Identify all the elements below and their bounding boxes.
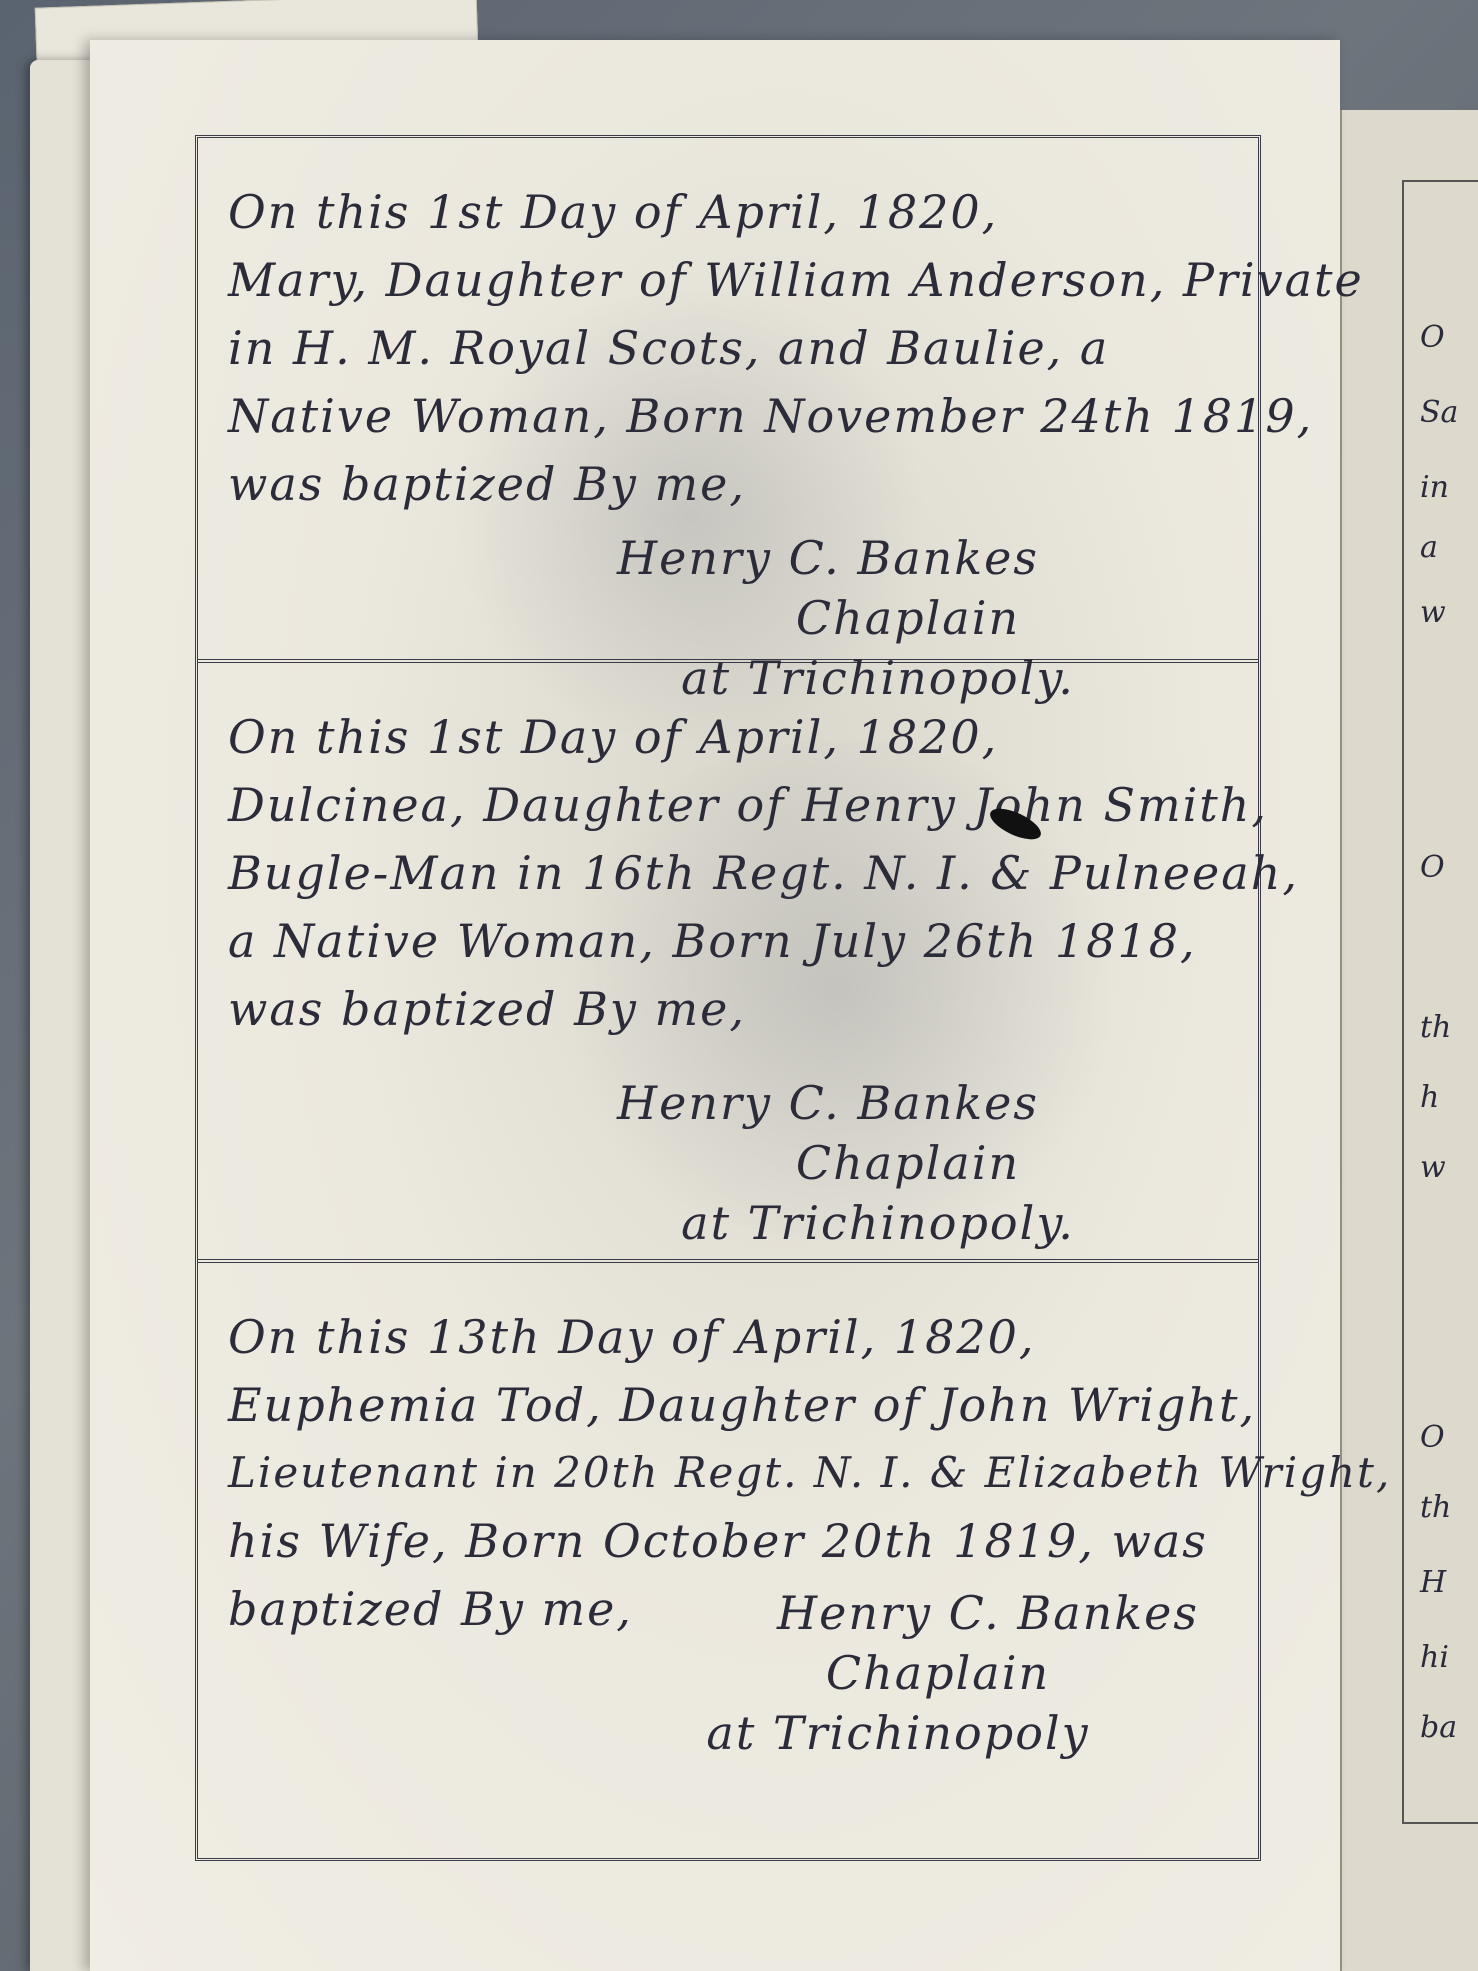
facing-page-fragment: H <box>1420 1565 1446 1600</box>
entry-line: his Wife, Born October 20th 1819, was <box>228 1507 1228 1575</box>
entry-line: On this 13th Day of April, 1820, <box>228 1303 1228 1371</box>
facing-page-fragment: th <box>1420 1490 1451 1525</box>
signature-title: Chaplain <box>228 1643 1228 1703</box>
entry-line: On this 1st Day of April, 1820, <box>228 178 1228 246</box>
entry-line: a Native Woman, Born July 26th 1818, <box>228 907 1228 975</box>
entry-line: Dulcinea, Daughter of Henry John Smith, <box>228 771 1228 839</box>
entry-line: Native Woman, Born November 24th 1819, <box>228 382 1228 450</box>
signature-block: Henry C. Bankes Chaplain at Trichinopoly… <box>228 1073 1228 1253</box>
facing-page-fragment: O <box>1420 320 1445 355</box>
facing-page-fragment: ba <box>1420 1710 1457 1745</box>
entry-line: On this 1st Day of April, 1820, <box>228 703 1228 771</box>
entry-line: Bugle-Man in 16th Regt. N. I. & Pulneeah… <box>228 839 1228 907</box>
facing-page-fragment: Sa <box>1420 395 1458 430</box>
signature-place: at Trichinopoly <box>228 1703 1228 1763</box>
register-page: On this 1st Day of April, 1820, Mary, Da… <box>90 40 1340 1971</box>
entry-line: in H. M. Royal Scots, and Baulie, a <box>228 314 1228 382</box>
facing-page-fragment: a <box>1420 530 1438 565</box>
signature-place: at Trichinopoly. <box>228 1193 1228 1253</box>
facing-page-fragment: w <box>1420 1150 1446 1185</box>
signature-name: Henry C. Bankes <box>228 528 1228 588</box>
baptism-entry: On this 1st Day of April, 1820, Dulcinea… <box>198 663 1258 1263</box>
signature-title: Chaplain <box>228 588 1228 648</box>
signature-name: Henry C. Bankes <box>228 1073 1228 1133</box>
entry-line: Euphemia Tod, Daughter of John Wright, <box>228 1371 1228 1439</box>
register-frame: On this 1st Day of April, 1820, Mary, Da… <box>195 135 1261 1861</box>
facing-page-fragment: O <box>1420 1420 1445 1455</box>
baptism-entry: On this 1st Day of April, 1820, Mary, Da… <box>198 138 1258 663</box>
facing-page-fragment: hi <box>1420 1640 1449 1675</box>
facing-page-fragment: th <box>1420 1010 1451 1045</box>
facing-page: O Sa in a w O th h w O th H hi ba <box>1340 110 1478 1971</box>
entry-line: Lieutenant in 20th Regt. N. I. & Elizabe… <box>228 1439 1228 1507</box>
entry-line: was baptized By me, <box>228 975 1228 1043</box>
facing-page-fragment: w <box>1420 595 1446 630</box>
facing-page-fragment: O <box>1420 850 1445 885</box>
signature-title: Chaplain <box>228 1133 1228 1193</box>
baptism-entry: On this 13th Day of April, 1820, Euphemi… <box>198 1263 1258 1858</box>
facing-page-fragment: h <box>1420 1080 1439 1115</box>
entry-line: was baptized By me, <box>228 450 1228 518</box>
facing-page-fragment: in <box>1420 470 1449 505</box>
entry-line: Mary, Daughter of William Anderson, Priv… <box>228 246 1228 314</box>
